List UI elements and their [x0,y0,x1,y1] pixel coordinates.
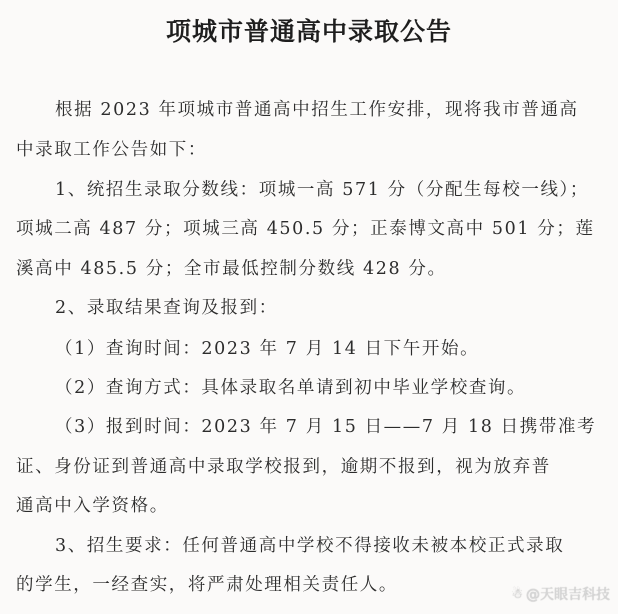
paragraph-line: （2）查询方式：具体录取名单请到初中毕业学校查询。 [55,374,526,399]
announcement-page: 项城市普通高中录取公告 根据 2023 年项城市普通高中招生工作安排，现将我市普… [0,0,618,614]
paragraph-line: 溪高中 485.5 分；全市最低控制分数线 428 分。 [16,255,447,280]
paragraph-line: 根据 2023 年项城市普通高中招生工作安排，现将我市普通高 [55,96,579,121]
paragraph-line: 的学生，一经查实，将严肃处理相关责任人。 [16,571,398,596]
paragraph-line: 2、录取结果查询及报到： [55,294,278,319]
paragraph-line: 通高中入学资格。 [16,492,169,517]
paragraph-line: （3）报到时间：2023 年 7 月 15 日——7 月 18 日携带准考 [55,413,596,438]
paragraph-line: 3、招生要求：任何普通高中学校不得接收未被本校正式录取 [55,532,564,557]
page-title: 项城市普通高中录取公告 [0,12,618,48]
paragraph-line: 项城二高 487 分；项城三高 450.5 分；正泰博文高中 501 分；莲 [16,215,595,240]
watermark-text: @天眼吉科技 [526,584,610,604]
paragraph-line: （1）查询时间：2023 年 7 月 14 日下午开始。 [55,335,479,360]
paragraph-line: 中录取工作公告如下： [16,136,207,161]
paragraph-line: 1、统招生录取分数线：项城一高 571 分（分配生每校一线）； [55,176,589,201]
watermark: ☃ @天眼吉科技 [511,584,610,604]
paragraph-line: 证、身份证到普通高中录取学校报到，逾期不报到，视为放弃普 [16,453,551,478]
weibo-like-icon: ☃ [511,587,523,602]
